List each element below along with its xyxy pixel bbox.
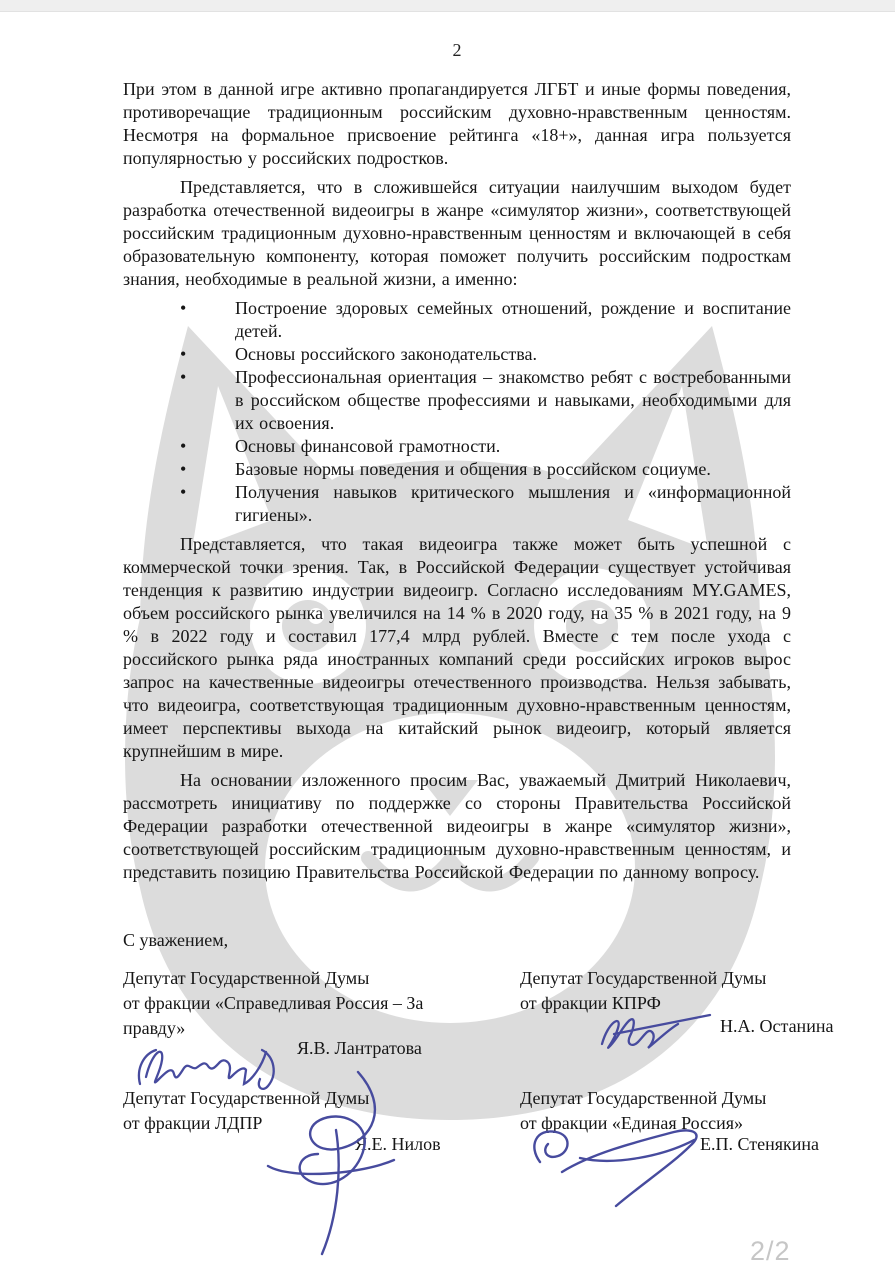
bullet-item: Базовые нормы поведения и общения в росс… [123, 458, 791, 481]
signatory-block-lantratova: Депутат Государственной Думы от фракции … [123, 966, 458, 1041]
signatory-title: Депутат Государственной Думы [123, 966, 458, 991]
signatory-name: Е.П. Стенякина [700, 1134, 819, 1155]
paragraph-2: Представляется, что в сложившейся ситуац… [123, 176, 791, 291]
paragraph-1: При этом в данной игре активно пропаганд… [123, 78, 791, 170]
page-number: 2 [123, 40, 791, 61]
signatory-block-ostanina: Депутат Государственной Думы от фракции … [520, 966, 840, 1016]
signatory-name: Я.Е. Нилов [355, 1134, 441, 1155]
paragraph-4: На основании изложенного просим Вас, ува… [123, 769, 791, 884]
signatory-faction: от фракции «Справедливая Россия – За пра… [123, 991, 458, 1041]
bullet-item: Основы российского законодательства. [123, 343, 791, 366]
bullet-item: Основы финансовой грамотности. [123, 435, 791, 458]
signatory-faction: от фракции ЛДПР [123, 1111, 458, 1136]
signatory-name: Н.А. Останина [720, 1016, 833, 1037]
letter-body: При этом в данной игре активно пропаганд… [123, 78, 791, 930]
signatory-block-stenyakina: Депутат Государственной Думы от фракции … [520, 1086, 840, 1136]
scan-top-strip [0, 0, 895, 12]
paragraph-3: Представляется, что такая видеоигра такж… [123, 533, 791, 763]
signatory-name: Я.В. Лантратова [297, 1038, 422, 1059]
page-indicator: 2/2 [750, 1236, 791, 1267]
bullet-list: Построение здоровых семейных отношений, … [123, 297, 791, 527]
document-page: 2 При этом в данной игре активно пропага… [0, 0, 895, 1280]
signatory-title: Депутат Государственной Думы [123, 1086, 458, 1111]
bullet-item: Получения навыков критического мышления … [123, 481, 791, 527]
bullet-item: Построение здоровых семейных отношений, … [123, 297, 791, 343]
closing-salutation: С уважением, [123, 930, 228, 951]
bullet-item: Профессиональная ориентация – знакомство… [123, 366, 791, 435]
signatory-faction: от фракции КПРФ [520, 991, 840, 1016]
signatory-block-nilov: Депутат Государственной Думы от фракции … [123, 1086, 458, 1136]
signatory-faction: от фракции «Единая Россия» [520, 1111, 840, 1136]
signatory-title: Депутат Государственной Думы [520, 1086, 840, 1111]
signatory-title: Депутат Государственной Думы [520, 966, 840, 991]
